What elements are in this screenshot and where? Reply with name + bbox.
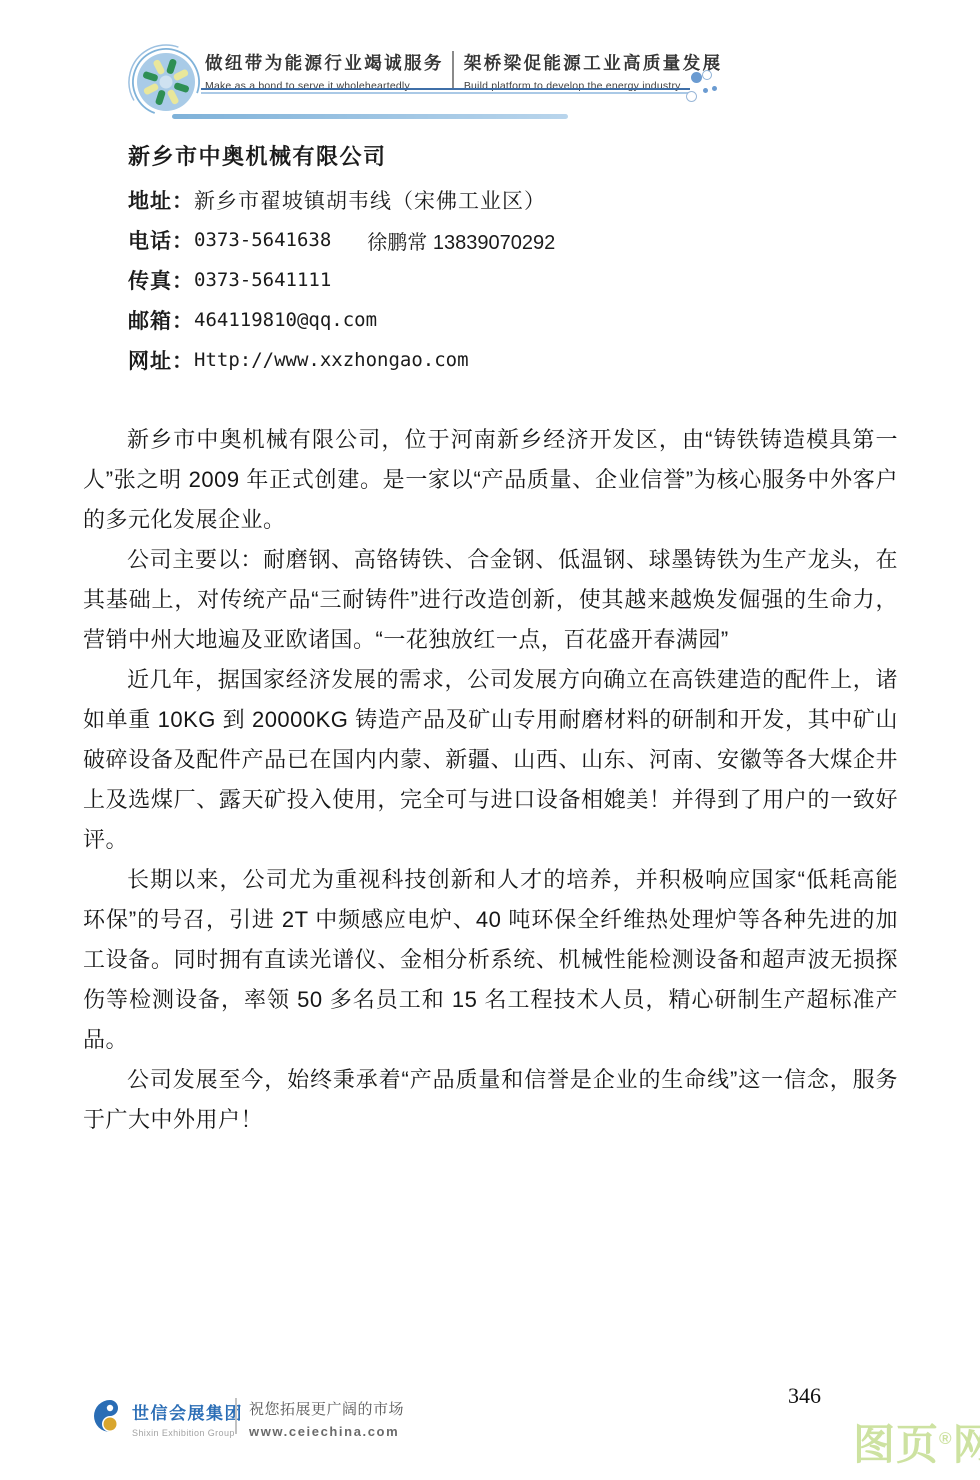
contact-label: 网址： xyxy=(128,345,194,375)
company-name: 新乡市中奥机械有限公司 xyxy=(128,140,387,171)
header-slogans: 做纽带为能源行业竭诚服务 Make as a bond to serve it … xyxy=(205,50,723,92)
slogan-divider xyxy=(452,51,454,89)
contact-block: 地址： 新乡市翟坡镇胡韦线（宋佛工业区） 电话： 0373-5641638 徐鹏… xyxy=(128,180,555,380)
shixin-yinyang-logo-icon xyxy=(92,1398,128,1434)
header-swoosh-line xyxy=(172,114,568,119)
contact-row-fax: 传真： 0373-5641111 xyxy=(128,260,555,300)
contact-value: 464119810@qq.com xyxy=(194,309,377,331)
contact-person: 徐鹏常 13839070292 xyxy=(367,226,555,255)
page-number: 346 xyxy=(788,1383,821,1409)
slogan-en-right: Build platform to develop the energy ind… xyxy=(464,80,723,92)
contact-label: 电话： xyxy=(128,225,194,255)
body-paragraph: 新乡市中奥机械有限公司，位于河南新乡经济开发区，由“铸铁铸造模具第一人”张之明 … xyxy=(83,420,898,540)
company-profile-text: 新乡市中奥机械有限公司，位于河南新乡经济开发区，由“铸铁铸造模具第一人”张之明 … xyxy=(83,420,898,1140)
footer-slogan-cn: 祝您拓展更广阔的市场 xyxy=(249,1398,404,1419)
decor-dot-icon xyxy=(691,72,702,83)
contact-value: 0373-5641111 xyxy=(194,269,331,291)
decor-ring-icon xyxy=(702,70,712,80)
body-paragraph: 公司发展至今，始终秉承着“产品质量和信誉是企业的生命线”这一信念，服务于广大中外… xyxy=(83,1060,898,1140)
watermark-right: 网 xyxy=(953,1421,980,1468)
contact-value: 0373-5641638 xyxy=(194,229,331,251)
slogan-right: 架桥梁促能源工业高质量发展 Build platform to develop … xyxy=(464,50,723,92)
footer-website: www.ceiechina.com xyxy=(249,1424,404,1439)
registered-mark-icon: ® xyxy=(939,1429,953,1448)
contact-value: Http://www.xxzhongao.com xyxy=(194,349,469,371)
footer-brand-cn: 世信会展集团 xyxy=(132,1399,243,1424)
contact-label: 传真： xyxy=(128,265,194,295)
footer-brand-en: Shixin Exhibition Group xyxy=(132,1428,243,1438)
header-rule-dark xyxy=(201,88,690,90)
body-paragraph: 长期以来，公司尤为重视科技创新和人才的培养，并积极响应国家“低耗高能环保”的号召… xyxy=(83,860,898,1060)
contact-row-phone: 电话： 0373-5641638 徐鹏常 13839070292 xyxy=(128,220,555,260)
slogan-left: 做纽带为能源行业竭诚服务 Make as a bond to serve it … xyxy=(205,50,444,92)
watermark-left: 图页 xyxy=(853,1421,939,1468)
decor-ring-icon xyxy=(686,91,697,102)
footer-brand: 世信会展集团 Shixin Exhibition Group xyxy=(132,1399,243,1438)
contact-value: 新乡市翟坡镇胡韦线（宋佛工业区） xyxy=(194,185,546,215)
contact-label: 邮箱： xyxy=(128,305,194,335)
footer-slogan: 祝您拓展更广阔的市场 www.ceiechina.com xyxy=(249,1398,404,1439)
document-page: 做纽带为能源行业竭诚服务 Make as a bond to serve it … xyxy=(0,0,980,1480)
decor-dot-icon xyxy=(703,88,708,93)
contact-row-address: 地址： 新乡市翟坡镇胡韦线（宋佛工业区） xyxy=(128,180,555,220)
contact-label: 地址： xyxy=(128,185,194,215)
contact-row-website: 网址： Http://www.xxzhongao.com xyxy=(128,340,555,380)
contact-row-email: 邮箱： 464119810@qq.com xyxy=(128,300,555,340)
body-paragraph: 公司主要以：耐磨钢、高铬铸铁、合金钢、低温钢、球墨铸铁为生产龙头，在其基础上，对… xyxy=(83,540,898,660)
footer-divider xyxy=(235,1398,237,1434)
decor-dot-icon xyxy=(712,86,717,91)
slogan-en-left: Make as a bond to serve it wholeheartedl… xyxy=(205,80,444,92)
slogan-cn-left: 做纽带为能源行业竭诚服务 xyxy=(205,50,444,75)
watermark: 图页®网 xyxy=(853,1422,980,1468)
body-paragraph: 近几年，据国家经济发展的需求，公司发展方向确立在高铁建造的配件上，诸如单重 10… xyxy=(83,660,898,860)
energy-pinwheel-logo-icon xyxy=(124,38,216,134)
slogan-cn-right: 架桥梁促能源工业高质量发展 xyxy=(464,50,723,75)
header-rule-light xyxy=(201,92,690,94)
